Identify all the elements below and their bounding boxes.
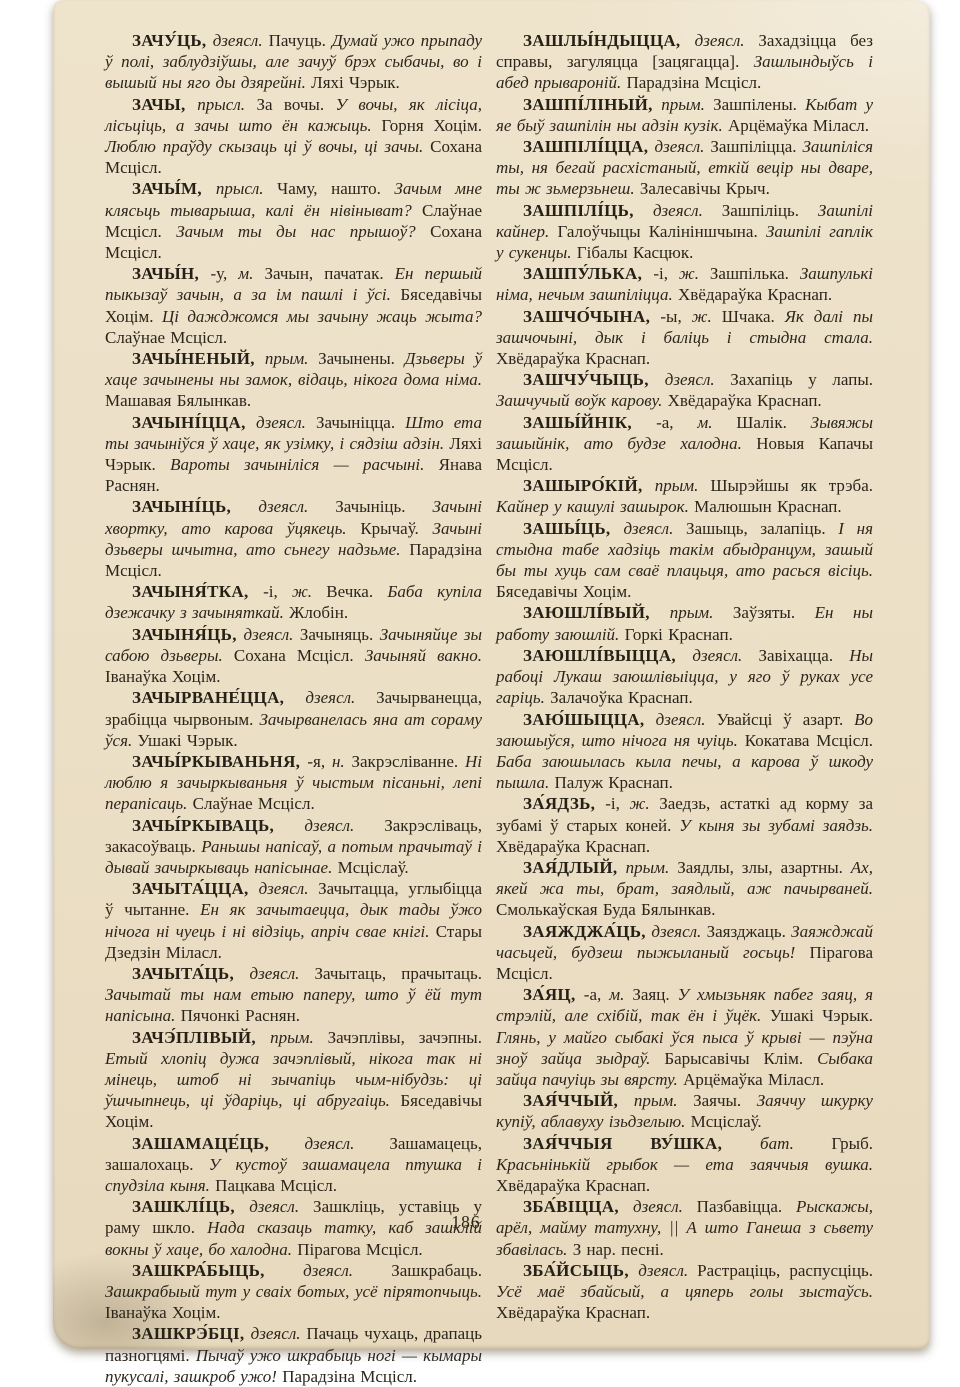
italic-text: Баба заюшылась кыла печы, а карова ў шко… (496, 752, 873, 792)
dictionary-entry: ЗАЧЫТА́ЦЦА, дзеясл. Зачытацца, углыбіцца… (105, 878, 482, 963)
entry-text: -і, (263, 582, 292, 601)
entry-text: Хвёдараўка Краснап. (496, 1176, 650, 1195)
italic-text: н. (332, 752, 352, 771)
entry-text: Барысавічы Клім. (664, 1049, 817, 1068)
dictionary-entry: ЗАШЫ́ЙНІК, -а, м. Шалік. Зывяжы зашыйнік… (496, 412, 873, 476)
headword: ЗАШПІ́ЛІНЫЙ, (523, 95, 661, 114)
entry-text: Сохана Мсцісл. (234, 646, 365, 665)
entry-text: Вечка. (326, 582, 387, 601)
entry-text: Шчака. (722, 307, 785, 326)
entry-text: -ы, (660, 307, 691, 326)
headword: ЗАЧЭ́ПЛІВЫЙ, (132, 1028, 270, 1047)
headword: ЗАШЧО́ЧЫНА, (523, 307, 660, 326)
dictionary-entry: ЗАШЧО́ЧЫНА, -ы, ж. Шчака. Як далі пы заш… (496, 306, 873, 370)
italic-text: Вароты зачыніліся — расчыні. (170, 455, 439, 474)
headword: ЗАШКРЭ́БЦІ, (132, 1324, 251, 1343)
dictionary-entry: ЗАШПІ́ЛІНЫЙ, прым. Зашпілены. Кыбат у яе… (496, 94, 873, 136)
headword: ЗАЧЫ́РКЫВАНЬНЯ, (132, 752, 307, 771)
entry-text: Парадзіна Мсцісл. (626, 73, 761, 92)
entry-text: Бяседавічы Хоцім. (496, 582, 631, 601)
dictionary-entry: ЗАЧЫТА́ЦЬ, дзеясл. Зачытаць, прачытаць. … (105, 963, 482, 1027)
italic-text: прысл. (197, 95, 256, 114)
dictionary-entry: ЗАШЫ́ЦЬ, дзеясл. Зашыць, залапіць. І ня … (496, 518, 873, 603)
italic-text: м. (238, 264, 264, 283)
dictionary-entry: ЗАШПУ́ЛЬКА, -і, ж. Зашпілька. Зашпулькі … (496, 263, 873, 305)
entry-text: Галоўчыцы Калініншчына. (558, 222, 766, 241)
headword: ЗАШПІЛІ́ЦЬ, (523, 201, 653, 220)
italic-text: бат. (760, 1134, 831, 1153)
italic-text: дзеясл. (655, 137, 711, 156)
entry-text: Горня Хоцім. (381, 116, 482, 135)
headword: ЗАШЫРО́КІЙ, (523, 476, 655, 495)
italic-text: Красьнінькій грыбок — ета заяччыя вушка. (496, 1155, 873, 1174)
italic-text: прысл. (216, 179, 277, 198)
headword: ЗАЯ́ДЛЫЙ, (523, 858, 626, 877)
entry-text: Іванаўка Хоцім. (105, 1303, 220, 1322)
headword: ЗАШАМАЦЕ́ЦЬ, (132, 1134, 304, 1153)
entry-text: Шалік. (736, 413, 810, 432)
dictionary-entry: ЗАЮ́ШЫЦЦА, дзеясл. Увайсці ў азарт. Во з… (496, 709, 873, 794)
italic-text: ж. (292, 582, 326, 601)
entry-text: Зашкрабаць. (391, 1261, 482, 1280)
dictionary-entry: ЗАШАМАЦЕ́ЦЬ, дзеясл. Зашамацець, зашалох… (105, 1133, 482, 1197)
italic-text: дзеясл. (259, 879, 319, 898)
entry-text: Зачэплівы, зачэпны. (328, 1028, 482, 1047)
right-column: ЗАШЛЫ́НДЫЦЦА, дзеясл. Захадзіцца без спр… (496, 30, 873, 1387)
entry-text: Арцёмаўка Міласл. (728, 116, 869, 135)
headword: ЗАШКРА́БЫЦЬ, (132, 1261, 303, 1280)
headword: ЗАЯ́ЧЧЫЯ ВУ́ШКА, (523, 1134, 760, 1153)
headword: ЗАШПУ́ЛЬКА, (523, 264, 653, 283)
entry-text: Зашыць, залапіць. (686, 519, 838, 538)
entry-text: Хвёдараўка Краснап. (678, 285, 832, 304)
dictionary-entry: ЗАШЛЫ́НДЫЦЦА, дзеясл. Захадзіцца без спр… (496, 30, 873, 94)
dictionary-entry: ЗАШЧУ́ЧЫЦЬ, дзеясл. Захапіць у лапы. Заш… (496, 369, 873, 411)
italic-text: Зашчучый воўк карову. (496, 391, 668, 410)
italic-text: ж. (692, 307, 722, 326)
headword: ЗАЮ́ШЫЦЦА, (523, 710, 656, 729)
entry-text: Мсціслаў. (691, 1112, 762, 1131)
entry-text: Зачытаць, прачытаць. (315, 964, 483, 983)
italic-text: дзеясл. (653, 201, 722, 220)
entry-text: Парадзіна Мсцісл. (282, 1367, 417, 1386)
entry-text: Мсціслаў. (338, 858, 409, 877)
entry-text: Машавая Бялынкав. (105, 391, 251, 410)
italic-text: Усё маё збайсый, а цяперь голы зыстаўсь. (496, 1282, 873, 1301)
dictionary-entry: ЗАЧЫНЯ́ЦЬ, дзеясл. Зачыняць. Зачыняйце з… (105, 624, 482, 688)
entry-text: Хвёдараўка Краснап. (496, 1303, 650, 1322)
italic-text: дзеясл. (213, 31, 269, 50)
dictionary-entry: ЗАШПІЛІ́ЦЦА, дзеясл. Зашпіліцца. Зашпілі… (496, 136, 873, 200)
entry-text: Слаўнае Мсцісл. (105, 328, 227, 347)
italic-text: ж. (679, 264, 710, 283)
italic-text: Зашкрабыый тут у сваіх ботых, усё пірято… (105, 1282, 482, 1301)
text-columns: ЗАЧУ́ЦЬ, дзеясл. Пачуць. Думай ужо прыпа… (105, 30, 873, 1387)
italic-text: прым. (661, 95, 713, 114)
dictionary-entry: ЗАШПІЛІ́ЦЬ, дзеясл. Зашпіліць. Зашпілі к… (496, 200, 873, 264)
headword: ЗАШЫ́ЦЬ, (523, 519, 623, 538)
dictionary-entry: ЗАЮШЛІ́ВЫЙ, прым. Заўзяты. Ен ны работу … (496, 602, 873, 644)
dictionary-entry: ЗАЯ́ДЛЫЙ, прым. Заядлы, злы, азартны. Ах… (496, 857, 873, 921)
entry-text: Заяц. (632, 985, 677, 1004)
italic-text: прым. (634, 1091, 693, 1110)
headword: ЗА́ЯЦ, (523, 985, 584, 1004)
entry-text: Зачын, пачатак. (264, 264, 394, 283)
entry-text: Чаму, нашто. (277, 179, 394, 198)
entry-text: Зачыніцца. (316, 413, 405, 432)
entry-text: Увайсці ў азарт. (716, 710, 854, 729)
entry-text: Зачыніць. (335, 497, 432, 516)
italic-text: дзеясл. (304, 816, 384, 835)
headword: ЗАЧЫ, (132, 95, 197, 114)
italic-text: Зачыняй вакно. (365, 646, 482, 665)
entry-text: Заядлы, злы, азартны. (677, 858, 851, 877)
entry-text: Завіхацца. (758, 646, 849, 665)
entry-text: -я, (307, 752, 332, 771)
headword: ЗАЧЫНІ́ЦЬ, (132, 497, 258, 516)
italic-text: дзеясл. (249, 964, 314, 983)
headword: ЗА́ЯДЗЬ, (523, 794, 605, 813)
headword: ЗАЧЫТА́ЦЬ, (132, 964, 249, 983)
entry-text: Крычаў. (360, 519, 432, 538)
entry-text: Зачыняць. (300, 625, 380, 644)
left-column: ЗАЧУ́ЦЬ, дзеясл. Пачуць. Думай ужо прыпа… (105, 30, 482, 1387)
dictionary-entry: ЗАЧУ́ЦЬ, дзеясл. Пачуць. Думай ужо прыпа… (105, 30, 482, 94)
entry-text: Ляхі Чэрык. (311, 73, 400, 92)
dictionary-entry: ЗАЯЖДЖА́ЦЬ, дзеясл. Заязджаць. Заяжджай … (496, 921, 873, 985)
italic-text: дзеясл. (623, 519, 686, 538)
headword: ЗАЧЫНЯ́ЦЬ, (132, 625, 244, 644)
italic-text: дзеясл. (244, 625, 300, 644)
headword: ЗАЧЫ́М, (132, 179, 216, 198)
dictionary-entry: ЗАЧЫ́РКЫВАЦЬ, дзеясл. Закрэсліваць, зака… (105, 815, 482, 879)
italic-text: ж. (630, 794, 660, 813)
dictionary-entry: ЗА́ЯЦ, -а, м. Заяц. У хмызьняк пабег зая… (496, 984, 873, 1090)
entry-text: Зашпілька. (710, 264, 800, 283)
dictionary-entry: ЗАЧЫРВАНЕ́ЦЦА, дзеясл. Зачырванецца, зра… (105, 687, 482, 751)
entry-text: Іванаўка Хоцім. (105, 667, 220, 686)
entry-text: Залесавічы Крыч. (640, 179, 770, 198)
entry-text: Захапіць у лапы. (730, 370, 873, 389)
headword: ЗАЧЫ́НЕНЫЙ, (132, 349, 265, 368)
dictionary-entry: ЗАЯ́ЧЧЫЯ ВУ́ШКА, бат. Грыб. Красьнінькій… (496, 1133, 873, 1197)
entry-text: Пірагова Мсцісл. (297, 1240, 422, 1259)
italic-text: У кыня зы зубамі заядзь. (679, 816, 873, 835)
entry-text: Зашпіліць. (722, 201, 818, 220)
entry-text: Зачынены. (318, 349, 404, 368)
headword: ЗАЧЫНІ́ЦЦА, (132, 413, 256, 432)
entry-text: Хвёдараўка Краснап. (668, 391, 822, 410)
entry-text: Слаўнае Мсцісл. (193, 794, 315, 813)
headword: ЗАШПІЛІ́ЦЦА, (523, 137, 655, 156)
entry-text: Заячы. (693, 1091, 757, 1110)
page-number: 186 (53, 1212, 879, 1233)
scanned-book-page: ЗАЧУ́ЦЬ, дзеясл. Пачуць. Думай ужо прыпа… (53, 0, 930, 1349)
entry-text: Горкі Краснап. (625, 625, 733, 644)
italic-text: дзеясл. (303, 1261, 391, 1280)
headword: ЗАЯ́ЧЧЫЙ, (523, 1091, 634, 1110)
italic-text: прым. (655, 476, 711, 495)
dictionary-entry: ЗАЧЫНІ́ЦЬ, дзеясл. Зачыніць. Зачыні хвор… (105, 496, 482, 581)
italic-text: дзеясл. (258, 497, 335, 516)
italic-text: дзеясл. (651, 922, 706, 941)
headword: ЗАЮШЛІ́ВЫЦЦА, (523, 646, 692, 665)
italic-text: Зачым ты ды нас прышоў? (176, 222, 430, 241)
entry-text: З нар. песні. (573, 1240, 664, 1259)
italic-text: прым. (626, 858, 678, 877)
dictionary-entry: ЗАЧЫНЯ́ТКА, -і, ж. Вечка. Баба купіла дз… (105, 581, 482, 623)
entry-text: Шырэйшы як трэба. (710, 476, 873, 495)
entry-text: Смолькаўская Буда Бялынкав. (496, 900, 715, 919)
italic-text: прым. (670, 603, 733, 622)
headword: ЗАШЫ́ЙНІК, (523, 413, 656, 432)
entry-text: Арцёмаўка Міласл. (683, 1070, 824, 1089)
headword: ЗАЧЫНЯ́ТКА, (132, 582, 263, 601)
dictionary-entry: ЗАШЫРО́КІЙ, прым. Шырэйшы як трэба. Кайн… (496, 475, 873, 517)
dictionary-entry: ЗАЧЫ́НЕНЫЙ, прым. Зачынены. Дзьверы ў ха… (105, 348, 482, 412)
headword: ЗАЧЫ́РКЫВАЦЬ, (132, 816, 304, 835)
headword: ЗАШЛЫ́НДЫЦЦА, (523, 31, 695, 50)
entry-text: Залачоўка Краснап. (550, 688, 693, 707)
entry-text: -у, (211, 264, 239, 283)
dictionary-entry: ЗАЮШЛІ́ВЫЦЦА, дзеясл. Завіхацца. Ны рабо… (496, 645, 873, 709)
italic-text: прым. (270, 1028, 327, 1047)
entry-text: Малюшын Краснап. (694, 497, 842, 516)
headword: ЗАЧЫ́Н, (132, 264, 211, 283)
headword: ЗАЧЫТА́ЦЦА, (132, 879, 259, 898)
entry-text: За вочы. (256, 95, 335, 114)
entry-text: Пячонкі Раснян. (181, 1006, 300, 1025)
italic-text: дзеясл. (305, 688, 376, 707)
entry-text: Заязджаць. (707, 922, 792, 941)
entry-text: -і, (605, 794, 629, 813)
italic-text: м. (697, 413, 736, 432)
entry-text: Хвёдараўка Краснап. (496, 837, 650, 856)
italic-text: дзеясл. (692, 646, 758, 665)
entry-text: Палуж Краснап. (554, 773, 672, 792)
dictionary-entry: ЗАЧЭ́ПЛІВЫЙ, прым. Зачэплівы, зачэпны. Е… (105, 1027, 482, 1133)
dictionary-entry: ЗАЧЫ́РКЫВАНЬНЯ, -я, н. Закрэсліванне. Ні… (105, 751, 482, 815)
headword: ЗАЧЫРВАНЕ́ЦЦА, (132, 688, 305, 707)
italic-text: дзеясл. (638, 1261, 697, 1280)
italic-text: дзеясл. (656, 710, 717, 729)
italic-text: дзеясл. (304, 1134, 389, 1153)
headword: ЗАЯЖДЖА́ЦЬ, (523, 922, 651, 941)
italic-text: м. (609, 985, 632, 1004)
italic-text: Кайнер у кашулі зашырок. (496, 497, 694, 516)
italic-text: дзеясл. (665, 370, 731, 389)
entry-text: Хвёдараўка Краснап. (496, 349, 650, 368)
headword: ЗАЧУ́ЦЬ, (132, 31, 213, 50)
headword: ЗБА́ЙСЫЦЬ, (523, 1261, 638, 1280)
italic-text: дзеясл. (256, 413, 316, 432)
entry-text: -а, (584, 985, 609, 1004)
headword: ЗАШЧУ́ЧЫЦЬ, (523, 370, 665, 389)
entry-text: -і, (653, 264, 679, 283)
dictionary-entry: ЗБА́ЙСЫЦЬ, дзеясл. Растраціць, распусціц… (496, 1260, 873, 1324)
headword: ЗАЮШЛІ́ВЫЙ, (523, 603, 670, 622)
italic-text: дзеясл. (251, 1324, 307, 1343)
italic-text: Люблю праўду скызаць ці ў вочы, ці зачы. (105, 137, 430, 156)
entry-text: Пацкава Мсцісл. (215, 1176, 337, 1195)
dictionary-entry: ЗАЧЫ́М, прысл. Чаму, нашто. Зачым мне кл… (105, 178, 482, 263)
italic-text: дзеясл. (695, 31, 759, 50)
italic-text: Ці дажджомся мы зачыну жаць жыта? (162, 307, 482, 326)
entry-text: Зашпіліцца. (710, 137, 802, 156)
italic-text: прым. (265, 349, 318, 368)
entry-text: Закрэсліванне. (352, 752, 466, 771)
dictionary-entry: ЗАЯ́ЧЧЫЙ, прым. Заячы. Заяччу шкурку куп… (496, 1090, 873, 1132)
entry-text: Пачуць. (269, 31, 332, 50)
dictionary-entry: ЗА́ЯДЗЬ, -і, ж. Заедзь, астаткі ад корму… (496, 793, 873, 857)
entry-text: Ушакі Чэрык. (770, 1006, 873, 1025)
entry-text: -а, (656, 413, 697, 432)
entry-text: Жлобін. (289, 603, 348, 622)
entry-text: Грыб. (831, 1134, 873, 1153)
dictionary-entry: ЗАШКРЭ́БЦІ, дзеясл. Пачаць чухаць, драпа… (105, 1323, 482, 1387)
entry-text: Заўзяты. (733, 603, 815, 622)
dictionary-entry: ЗАЧЫ, прысл. За вочы. У вочы, як лісіца,… (105, 94, 482, 179)
entry-text: Зашпілены. (713, 95, 805, 114)
dictionary-entry: ЗАЧЫНІ́ЦЦА, дзеясл. Зачыніцца. Што ета т… (105, 412, 482, 497)
entry-text: Кокатава Мсцісл. (745, 731, 873, 750)
entry-text: Растраціць, распусціць. (697, 1261, 873, 1280)
entry-text: Ушакі Чэрык. (138, 731, 238, 750)
dictionary-entry: ЗАШКРА́БЫЦЬ, дзеясл. Зашкрабаць. Зашкраб… (105, 1260, 482, 1324)
dictionary-entry: ЗАЧЫ́Н, -у, м. Зачын, пачатак. Ен першый… (105, 263, 482, 348)
entry-text: Гібалы Касцюк. (577, 243, 694, 262)
